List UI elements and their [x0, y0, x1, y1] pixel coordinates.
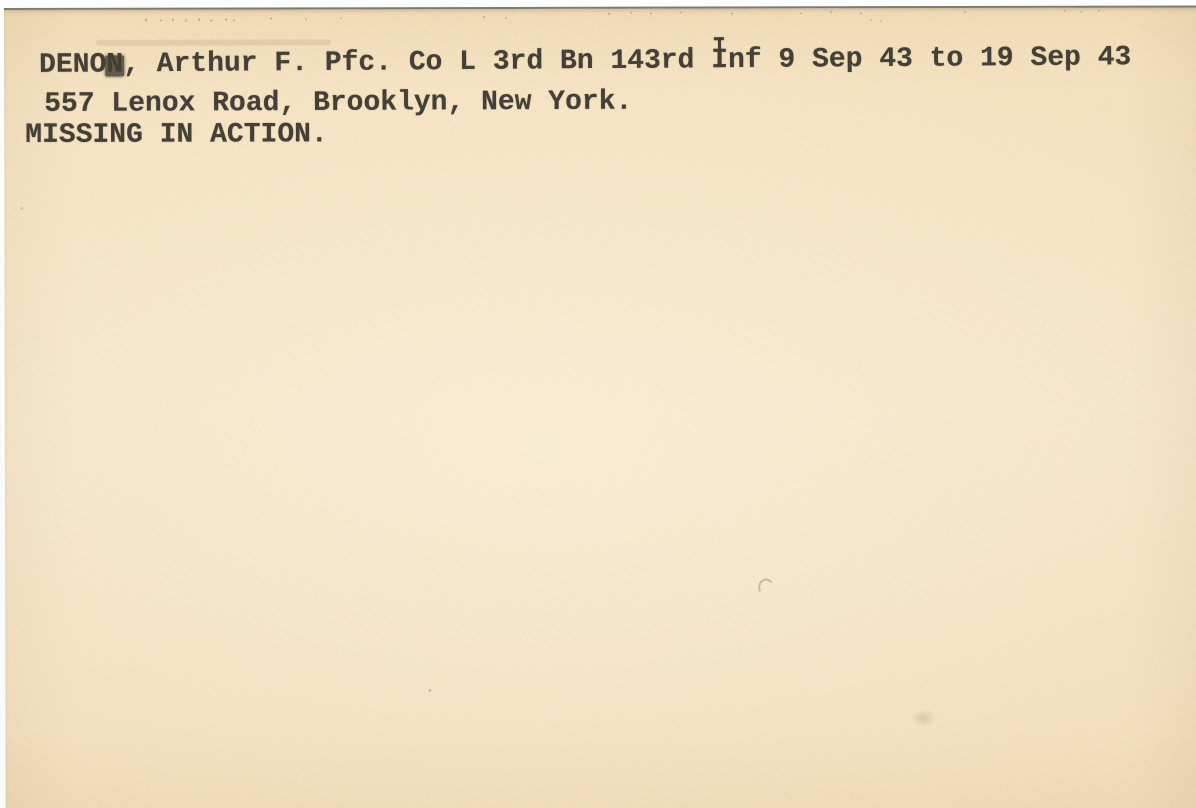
- rank-unit-text: , Arthur F. Pfc. Co L 3rd Bn 143rd: [123, 45, 711, 80]
- scanner-background: DENON, Arthur F. Pfc. Co L 3rd Bn 143rd …: [0, 0, 1196, 808]
- typed-line-name-unit-dates: DENON, Arthur F. Pfc. Co L 3rd Bn 143rd …: [39, 39, 1131, 85]
- service-dates-text: nf 9 Sep 43 to 19 Sep 43: [728, 42, 1131, 76]
- faint-smudge-artifact: [906, 706, 940, 730]
- index-card: DENON, Arthur F. Pfc. Co L 3rd Bn 143rd …: [4, 5, 1196, 808]
- typed-text-block: DENON, Arthur F. Pfc. Co L 3rd Bn 143rd …: [4, 7, 1196, 808]
- speck-artifact: [428, 689, 431, 692]
- blotted-character-glyph: N: [106, 49, 123, 80]
- surname-text: DENO: [39, 49, 106, 80]
- speck-artifact: [20, 207, 23, 210]
- blotted-overstruck-character: N: [106, 46, 123, 84]
- overstruck-i-character: I: [711, 42, 728, 80]
- typed-line-status: MISSING IN ACTION.: [25, 116, 328, 155]
